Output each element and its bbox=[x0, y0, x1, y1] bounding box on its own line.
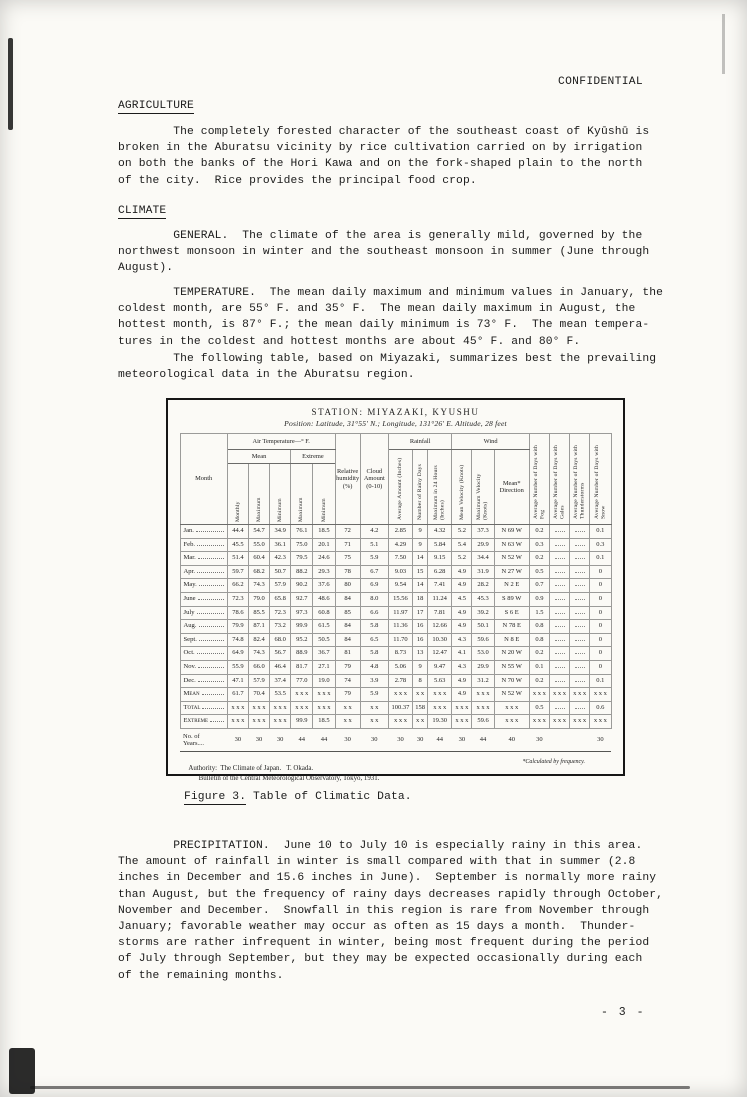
data-cell bbox=[570, 592, 590, 606]
data-cell: 18 bbox=[413, 592, 428, 606]
data-cell bbox=[549, 538, 569, 552]
data-cell: 4.9 bbox=[452, 579, 472, 593]
data-cell: 0.9 bbox=[529, 592, 549, 606]
data-cell bbox=[570, 565, 590, 579]
data-cell: 15 bbox=[413, 565, 428, 579]
dotted-empty bbox=[555, 637, 565, 641]
month-label: Aug. bbox=[184, 620, 197, 633]
dotted-empty bbox=[575, 637, 585, 641]
data-cell: 5.84 bbox=[428, 538, 452, 552]
data-cell: 6.5 bbox=[360, 633, 388, 647]
month-cell: June bbox=[180, 592, 227, 606]
data-cell: x x bbox=[413, 715, 428, 729]
data-cell: 0 bbox=[590, 579, 611, 593]
data-cell: 4.32 bbox=[428, 525, 452, 539]
data-cell: x x bbox=[360, 701, 388, 715]
data-cell: 29.3 bbox=[313, 565, 335, 579]
scan-artifact bbox=[722, 14, 725, 74]
data-cell: 50.1 bbox=[472, 620, 494, 634]
data-cell: x x x bbox=[452, 715, 472, 729]
data-cell: 9 bbox=[413, 660, 428, 674]
data-cell: 75 bbox=[335, 552, 360, 566]
data-cell: 90.2 bbox=[291, 579, 313, 593]
data-cell: 5.06 bbox=[388, 660, 412, 674]
month-label: July bbox=[184, 607, 195, 620]
data-cell: 4.3 bbox=[452, 633, 472, 647]
data-cell: 4.9 bbox=[452, 565, 472, 579]
table-row: Extremex x xx x xx x x99.918.5x xx xx x … bbox=[180, 715, 611, 729]
data-cell: 8 bbox=[413, 674, 428, 688]
dotted-empty bbox=[575, 664, 585, 668]
data-cell: 4.9 bbox=[452, 674, 472, 688]
col-mean-velocity: Mean Velocity (Knots) bbox=[452, 450, 472, 525]
dotted-empty bbox=[555, 623, 565, 627]
data-cell: 14 bbox=[413, 552, 428, 566]
dot-leader bbox=[197, 544, 224, 546]
data-cell: x x x bbox=[248, 701, 269, 715]
years-cell bbox=[570, 728, 590, 751]
month-label: Mar. bbox=[184, 552, 196, 565]
data-cell: 53.5 bbox=[270, 688, 291, 702]
data-cell: 4.2 bbox=[360, 525, 388, 539]
data-cell: x x x bbox=[313, 701, 335, 715]
dot-leader bbox=[197, 612, 224, 614]
col-monthly-label: Monthly bbox=[235, 466, 242, 522]
data-cell: 81 bbox=[335, 647, 360, 661]
data-cell: N 78 E bbox=[494, 620, 529, 634]
years-cell: 44 bbox=[291, 728, 313, 751]
data-cell: 4.1 bbox=[452, 647, 472, 661]
col-group-wind: Wind bbox=[452, 434, 530, 450]
data-cell: 8.73 bbox=[388, 647, 412, 661]
years-cell: 30 bbox=[388, 728, 412, 751]
data-cell bbox=[570, 647, 590, 661]
data-cell: x x x bbox=[570, 715, 590, 729]
data-cell: 0 bbox=[590, 633, 611, 647]
dotted-empty bbox=[555, 528, 565, 532]
data-cell: 20.1 bbox=[313, 538, 335, 552]
data-cell: 82.4 bbox=[248, 633, 269, 647]
data-cell: 0.1 bbox=[590, 552, 611, 566]
data-cell: 74.3 bbox=[248, 579, 269, 593]
month-row: Extreme bbox=[181, 715, 227, 728]
data-cell bbox=[549, 647, 569, 661]
dotted-empty bbox=[555, 678, 565, 682]
data-cell: 79 bbox=[335, 688, 360, 702]
data-cell: 84 bbox=[335, 592, 360, 606]
month-row: Total bbox=[181, 702, 227, 715]
data-cell: 70.4 bbox=[248, 688, 269, 702]
data-cell: x x x bbox=[472, 688, 494, 702]
data-cell: 34.4 bbox=[472, 552, 494, 566]
data-cell: 68.2 bbox=[248, 565, 269, 579]
data-cell: 99.9 bbox=[291, 715, 313, 729]
years-cell: 30 bbox=[248, 728, 269, 751]
data-cell: x x x bbox=[590, 688, 611, 702]
dot-leader bbox=[198, 666, 224, 668]
data-cell: 12.47 bbox=[428, 647, 452, 661]
data-cell: x x bbox=[335, 701, 360, 715]
data-cell: 6.28 bbox=[428, 565, 452, 579]
data-cell: 36.1 bbox=[270, 538, 291, 552]
month-cell: Total bbox=[180, 701, 227, 715]
data-cell: 11.70 bbox=[388, 633, 412, 647]
data-cell: 17 bbox=[413, 606, 428, 620]
col-monthly: Monthly bbox=[227, 464, 248, 525]
dotted-empty bbox=[555, 596, 565, 600]
data-cell: 68.0 bbox=[270, 633, 291, 647]
general-paragraph: GENERAL. The climate of the area is gene… bbox=[118, 228, 678, 277]
data-cell: 59.6 bbox=[472, 633, 494, 647]
month-cell: May. bbox=[180, 579, 227, 593]
month-cell: Mar. bbox=[180, 552, 227, 566]
data-cell: 18.5 bbox=[313, 525, 335, 539]
data-cell bbox=[570, 552, 590, 566]
month-label: May. bbox=[184, 579, 197, 592]
month-label: Dec. bbox=[184, 675, 196, 688]
col-max-24-hours-label: Maximum in 24 Hours (Inches) bbox=[433, 454, 446, 520]
data-cell: 66.2 bbox=[227, 579, 248, 593]
month-cell: July bbox=[180, 606, 227, 620]
data-cell: 15.56 bbox=[388, 592, 412, 606]
data-cell: 2.85 bbox=[388, 525, 412, 539]
data-cell: 0 bbox=[590, 647, 611, 661]
col-group-air-temperature: Air Temperature—° F. bbox=[227, 434, 335, 450]
years-cell: 30 bbox=[590, 728, 611, 751]
data-cell bbox=[570, 525, 590, 539]
figure-caption: Figure 3. Table of Climatic Data. bbox=[184, 791, 412, 803]
data-cell: 37.4 bbox=[270, 674, 291, 688]
data-cell: 87.1 bbox=[248, 620, 269, 634]
data-cell: 9.03 bbox=[388, 565, 412, 579]
data-cell: x x x bbox=[428, 701, 452, 715]
table-row: Totalx x xx x xx x xx x xx x xx xx x100.… bbox=[180, 701, 611, 715]
data-cell: 74 bbox=[335, 674, 360, 688]
data-cell: 77.0 bbox=[291, 674, 313, 688]
month-row: Sept. bbox=[181, 634, 227, 647]
data-cell: x x bbox=[360, 715, 388, 729]
month-row: Apr. bbox=[181, 566, 227, 579]
data-cell: x x x bbox=[494, 701, 529, 715]
col-days-thunderstorms-label: Average Number of Days with Thunderstorm… bbox=[573, 439, 586, 519]
data-cell: 37.3 bbox=[472, 525, 494, 539]
data-cell bbox=[549, 701, 569, 715]
dot-leader bbox=[198, 598, 224, 600]
data-cell: 1.5 bbox=[529, 606, 549, 620]
figure-caption-text: Table of Climatic Data. bbox=[246, 791, 412, 803]
data-cell: 53.0 bbox=[472, 647, 494, 661]
month-row: Mar. bbox=[181, 552, 227, 565]
data-cell: 61.7 bbox=[227, 688, 248, 702]
data-cell: 45.3 bbox=[472, 592, 494, 606]
data-cell: x x x bbox=[313, 688, 335, 702]
data-cell: 4.9 bbox=[452, 688, 472, 702]
data-cell: 37.6 bbox=[313, 579, 335, 593]
dot-leader bbox=[202, 707, 223, 709]
dotted-empty bbox=[575, 555, 585, 559]
dot-leader bbox=[198, 557, 224, 559]
data-cell: N 70 W bbox=[494, 674, 529, 688]
data-cell: N 2 E bbox=[494, 579, 529, 593]
data-cell: 13 bbox=[413, 647, 428, 661]
data-cell: 44.4 bbox=[227, 525, 248, 539]
data-cell: 4.9 bbox=[452, 606, 472, 620]
data-cell: 9 bbox=[413, 525, 428, 539]
data-cell: 4.3 bbox=[452, 660, 472, 674]
data-cell bbox=[549, 674, 569, 688]
classification-stamp: CONFIDENTIAL bbox=[558, 76, 643, 88]
data-cell: 19.30 bbox=[428, 715, 452, 729]
data-cell bbox=[570, 701, 590, 715]
data-cell: 4.8 bbox=[360, 660, 388, 674]
data-cell: x x x bbox=[529, 688, 549, 702]
data-cell: x x x bbox=[248, 715, 269, 729]
col-mean-maximum: Maximum bbox=[248, 464, 269, 525]
dotted-empty bbox=[575, 623, 585, 627]
data-cell: 55.9 bbox=[227, 660, 248, 674]
col-max-velocity: Maximum Velocity (Knots) bbox=[472, 450, 494, 525]
col-average-amount-label: Average Amount (Inches) bbox=[397, 454, 404, 520]
data-cell: 88.9 bbox=[291, 647, 313, 661]
col-relative-humidity: Relative humidity (%) bbox=[335, 434, 360, 525]
data-cell bbox=[570, 620, 590, 634]
col-extreme-maximum-label: Maximum bbox=[298, 466, 305, 522]
data-cell: S 6 E bbox=[494, 606, 529, 620]
month-cell: Apr. bbox=[180, 565, 227, 579]
data-cell: 29.9 bbox=[472, 660, 494, 674]
climatic-data-figure: STATION: MIYAZAKI, KYUSHU Position: Lati… bbox=[166, 398, 625, 776]
data-cell bbox=[570, 660, 590, 674]
data-cell: 50.5 bbox=[313, 633, 335, 647]
data-cell: 45.5 bbox=[227, 538, 248, 552]
data-cell: 18.5 bbox=[313, 715, 335, 729]
month-cell: Sept. bbox=[180, 633, 227, 647]
agriculture-heading-text: AGRICULTURE bbox=[118, 100, 194, 114]
data-cell: 74.3 bbox=[248, 647, 269, 661]
col-days-snow: Average Number of Days with Snow bbox=[590, 434, 611, 525]
data-cell: 85 bbox=[335, 606, 360, 620]
data-cell: 5.8 bbox=[360, 620, 388, 634]
month-row: May. bbox=[181, 579, 227, 592]
data-cell: x x x bbox=[529, 715, 549, 729]
data-cell: 80 bbox=[335, 579, 360, 593]
table-row: June72.379.065.892.748.6848.015.561811.2… bbox=[180, 592, 611, 606]
data-cell: 0.6 bbox=[590, 701, 611, 715]
col-average-amount: Average Amount (Inches) bbox=[388, 450, 412, 525]
data-cell: 3.9 bbox=[360, 674, 388, 688]
data-cell: 84 bbox=[335, 633, 360, 647]
data-cell bbox=[549, 565, 569, 579]
month-row: Oct. bbox=[181, 647, 227, 660]
years-label: No. of Years.... bbox=[180, 728, 227, 751]
data-cell bbox=[549, 579, 569, 593]
data-cell: 50.7 bbox=[270, 565, 291, 579]
dotted-empty bbox=[575, 582, 585, 586]
col-days-fog-label: Average Number of Days with Fog bbox=[533, 439, 546, 519]
data-cell: x x x bbox=[452, 701, 472, 715]
data-cell: 2.78 bbox=[388, 674, 412, 688]
years-cell: 30 bbox=[270, 728, 291, 751]
data-cell: 64.9 bbox=[227, 647, 248, 661]
dotted-empty bbox=[575, 678, 585, 682]
scanned-document-page: CONFIDENTIAL AGRICULTURE The completely … bbox=[0, 0, 747, 1097]
month-label: Nov. bbox=[184, 661, 197, 674]
scan-artifact bbox=[30, 1086, 690, 1089]
data-cell: 78.6 bbox=[227, 606, 248, 620]
col-mean-minimum: Minimum bbox=[270, 464, 291, 525]
table-row: Apr.59.768.250.788.229.3786.79.03156.284… bbox=[180, 565, 611, 579]
dotted-empty bbox=[555, 664, 565, 668]
data-cell: 0.1 bbox=[529, 660, 549, 674]
data-cell: x x x bbox=[291, 688, 313, 702]
col-mean-velocity-label: Mean Velocity (Knots) bbox=[459, 454, 466, 520]
data-cell: x x x bbox=[270, 715, 291, 729]
data-cell: 5.1 bbox=[360, 538, 388, 552]
data-cell: 73.2 bbox=[270, 620, 291, 634]
col-group-mean: Mean bbox=[227, 450, 290, 464]
col-group-rainfall: Rainfall bbox=[388, 434, 451, 450]
data-cell: x x x bbox=[388, 715, 412, 729]
dotted-empty bbox=[555, 650, 565, 654]
data-cell bbox=[570, 674, 590, 688]
data-cell: 60.4 bbox=[248, 552, 269, 566]
data-cell: 72.3 bbox=[227, 592, 248, 606]
table-row: Sept.74.882.468.095.250.5846.511.701610.… bbox=[180, 633, 611, 647]
data-cell: 8.0 bbox=[360, 592, 388, 606]
years-cell: 40 bbox=[494, 728, 529, 751]
data-cell: 0.8 bbox=[529, 633, 549, 647]
month-cell: Oct. bbox=[180, 647, 227, 661]
data-cell: 42.3 bbox=[270, 552, 291, 566]
data-cell: 158 bbox=[413, 701, 428, 715]
month-row: Nov. bbox=[181, 661, 227, 674]
precipitation-paragraph: PRECIPITATION. June 10 to July 10 is esp… bbox=[118, 838, 678, 984]
data-cell: 4.29 bbox=[388, 538, 412, 552]
table-intro-paragraph: The following table, based on Miyazaki, … bbox=[118, 351, 678, 383]
data-cell: 0.5 bbox=[529, 701, 549, 715]
data-cell: N 63 W bbox=[494, 538, 529, 552]
data-cell: 79.0 bbox=[248, 592, 269, 606]
month-row: June bbox=[181, 593, 227, 606]
month-cell: Extreme bbox=[180, 715, 227, 729]
month-cell: Nov. bbox=[180, 660, 227, 674]
month-label: Oct. bbox=[184, 647, 195, 660]
data-cell bbox=[570, 538, 590, 552]
month-label: Jan. bbox=[184, 525, 194, 538]
data-cell: N 20 W bbox=[494, 647, 529, 661]
data-cell: 6.7 bbox=[360, 565, 388, 579]
data-cell bbox=[549, 660, 569, 674]
data-cell: 100.37 bbox=[388, 701, 412, 715]
month-cell: Feb. bbox=[180, 538, 227, 552]
month-cell: Mean bbox=[180, 688, 227, 702]
dotted-empty bbox=[555, 569, 565, 573]
month-label: Total bbox=[184, 702, 201, 715]
month-cell: Dec. bbox=[180, 674, 227, 688]
col-mean-minimum-label: Minimum bbox=[277, 466, 284, 522]
data-cell: 79.9 bbox=[227, 620, 248, 634]
data-cell: N 52 W bbox=[494, 688, 529, 702]
table-row: Aug.79.987.173.299.961.5845.811.361612.6… bbox=[180, 620, 611, 634]
col-days-gales-label: Average Number of Days with Gales bbox=[553, 439, 566, 519]
data-cell: 46.4 bbox=[270, 660, 291, 674]
data-cell: 0.1 bbox=[590, 674, 611, 688]
data-cell bbox=[549, 525, 569, 539]
data-cell bbox=[570, 606, 590, 620]
data-cell: 0.2 bbox=[529, 647, 549, 661]
data-cell: 5.4 bbox=[452, 538, 472, 552]
years-cell: 30 bbox=[413, 728, 428, 751]
month-label: Feb. bbox=[184, 539, 196, 552]
data-cell: N 8 E bbox=[494, 633, 529, 647]
table-row: Jan.44.454.734.976.118.5724.22.8594.325.… bbox=[180, 525, 611, 539]
data-cell: x x bbox=[413, 688, 428, 702]
figure-caption-label: Figure 3. bbox=[184, 791, 246, 805]
data-cell: 11.97 bbox=[388, 606, 412, 620]
data-cell: 57.9 bbox=[248, 674, 269, 688]
data-cell bbox=[570, 579, 590, 593]
dotted-empty bbox=[575, 596, 585, 600]
data-cell: x x x bbox=[227, 715, 248, 729]
data-cell: 0 bbox=[590, 620, 611, 634]
data-cell: x x x bbox=[472, 701, 494, 715]
month-row: Mean bbox=[181, 688, 227, 701]
data-cell: N 27 W bbox=[494, 565, 529, 579]
col-days-snow-label: Average Number of Days with Snow bbox=[594, 439, 607, 519]
data-cell: x x x bbox=[227, 701, 248, 715]
data-cell: 0.2 bbox=[529, 525, 549, 539]
data-cell: 10.30 bbox=[428, 633, 452, 647]
data-cell: 5.2 bbox=[452, 552, 472, 566]
data-cell: 0.7 bbox=[529, 579, 549, 593]
dotted-empty bbox=[555, 542, 565, 546]
data-cell: 95.2 bbox=[291, 633, 313, 647]
data-cell: 66.0 bbox=[248, 660, 269, 674]
years-cell: 30 bbox=[529, 728, 549, 751]
data-cell: 85.5 bbox=[248, 606, 269, 620]
data-cell: 6.6 bbox=[360, 606, 388, 620]
month-label: Mean bbox=[184, 688, 200, 701]
data-cell: 0.3 bbox=[529, 538, 549, 552]
data-cell bbox=[549, 620, 569, 634]
data-cell: 14 bbox=[413, 579, 428, 593]
dot-leader bbox=[197, 571, 224, 573]
data-cell: 0.1 bbox=[590, 525, 611, 539]
scan-artifact bbox=[8, 38, 13, 130]
station-position: Position: Latitude, 31°55' N.; Longitude… bbox=[168, 419, 623, 428]
data-cell: x x x bbox=[570, 688, 590, 702]
month-label: June bbox=[184, 593, 196, 606]
years-cell: 30 bbox=[452, 728, 472, 751]
col-days-fog: Average Number of Days with Fog bbox=[529, 434, 549, 525]
data-cell: 5.9 bbox=[360, 688, 388, 702]
col-mean-maximum-label: Maximum bbox=[256, 466, 263, 522]
data-cell: 47.1 bbox=[227, 674, 248, 688]
table-row: Feb.45.555.036.175.020.1715.14.2995.845.… bbox=[180, 538, 611, 552]
data-cell: 72 bbox=[335, 525, 360, 539]
dotted-empty bbox=[575, 705, 585, 709]
table-row: Nov.55.966.046.481.727.1794.85.0699.474.… bbox=[180, 660, 611, 674]
data-cell: 5.2 bbox=[452, 525, 472, 539]
data-cell: 61.5 bbox=[313, 620, 335, 634]
data-cell: 0.5 bbox=[529, 565, 549, 579]
data-cell: 79 bbox=[335, 660, 360, 674]
years-cell: 44 bbox=[472, 728, 494, 751]
dotted-empty bbox=[555, 582, 565, 586]
data-cell: 51.4 bbox=[227, 552, 248, 566]
col-max-velocity-label: Maximum Velocity (Knots) bbox=[476, 454, 489, 520]
data-cell: 71 bbox=[335, 538, 360, 552]
